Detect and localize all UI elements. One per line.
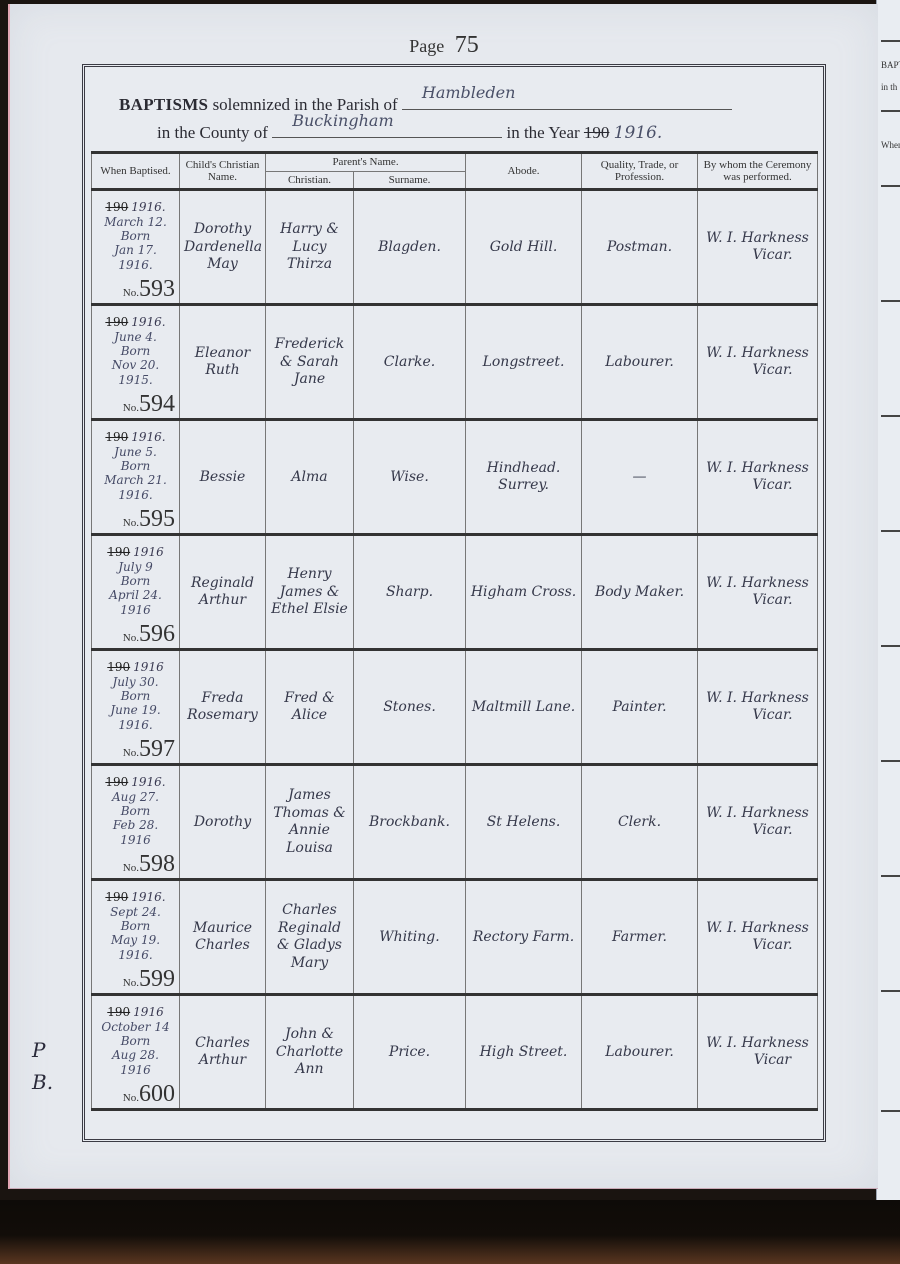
register-title: BAPTISMS solemnized in the Parish of Ham… (85, 67, 823, 153)
entry-parents: John & Charlotte Ann (270, 1026, 349, 1079)
facing-page-edge: BAPTISMS in th When Baptised. (876, 0, 900, 1200)
margin-note-line: B. (32, 1066, 53, 1098)
cell-officiant: W. I. HarknessVicar. (698, 305, 818, 420)
entry-officiant: W. I. Harkness (702, 1035, 813, 1053)
cell-when: 1901916. Sept 24. Born May 19. 1916. No.… (92, 880, 180, 995)
entry-year-struck: 190 (107, 1005, 130, 1019)
entry-child: Reginald Arthur (184, 575, 261, 610)
title-county-label: in the County of (157, 123, 268, 142)
entry-abode: St Helens. (470, 814, 577, 832)
cell-when: 1901916. June 4. Born Nov 20. 1915. No.5… (92, 305, 180, 420)
entry-quality: Labourer. (586, 1044, 693, 1062)
cell-parent-christian: Henry James & Ethel Elsie (266, 535, 354, 650)
entry-no-label: No. (123, 977, 139, 989)
entry-year-struck: 190 (105, 200, 128, 214)
table-row: 1901916. Sept 24. Born May 19. 1916. No.… (92, 880, 818, 995)
margin-note: P B. (32, 1034, 53, 1098)
entry-year: 1916. (131, 775, 165, 789)
entry-baptised: March 12. (96, 215, 175, 229)
cell-abode: Rectory Farm. (466, 880, 582, 995)
cell-child: Maurice Charles (180, 880, 266, 995)
entry-officiant-title: Vicar. (702, 477, 813, 495)
entry-abode: Hindhead. Surrey. (470, 460, 577, 495)
entry-year-struck: 190 (105, 890, 128, 904)
entry-baptised: October 14 (96, 1020, 175, 1034)
entry-officiant-title: Vicar. (702, 937, 813, 955)
facing-page-col-when: When Baptised. (881, 140, 900, 150)
entry-year: 1916 (133, 545, 164, 559)
col-parent-christian: Christian. (266, 171, 354, 190)
entry-parents: Henry James & Ethel Elsie (270, 566, 349, 619)
cell-quality: Labourer. (582, 305, 698, 420)
entry-quality: Body Maker. (586, 584, 693, 602)
entry-officiant-title: Vicar. (702, 707, 813, 725)
cell-child: Bessie (180, 420, 266, 535)
entry-no: 595 (139, 506, 175, 532)
entry-surname: Wise. (358, 469, 461, 487)
col-child: Child's Christian Name. (180, 153, 266, 190)
entry-no: 594 (139, 391, 175, 417)
baptism-register: BAPTISMS solemnized in the Parish of Ham… (82, 64, 826, 1142)
cell-when: 1901916. June 5. Born March 21. 1916. No… (92, 420, 180, 535)
cell-when: 1901916 October 14 Born Aug 28. 1916 No.… (92, 995, 180, 1110)
county-field: Buckingham (272, 119, 502, 138)
table-row: 1901916. June 5. Born March 21. 1916. No… (92, 420, 818, 535)
cell-child: Eleanor Ruth (180, 305, 266, 420)
entry-born: Nov 20. 1915. (96, 358, 175, 387)
col-quality: Quality, Trade, or Profession. (582, 153, 698, 190)
cell-parent-christian: Charles Reginald & Gladys Mary (266, 880, 354, 995)
cell-surname: Clarke. (354, 305, 466, 420)
col-parent-surname: Surname. (354, 171, 466, 190)
cell-parent-christian: John & Charlotte Ann (266, 995, 354, 1110)
header-row: When Baptised. Child's Christian Name. P… (92, 153, 818, 172)
cell-officiant: W. I. HarknessVicar (698, 995, 818, 1110)
entry-surname: Sharp. (358, 584, 461, 602)
entry-quality: Labourer. (586, 354, 693, 372)
cell-quality: Postman. (582, 190, 698, 305)
entry-quality: Clerk. (586, 814, 693, 832)
entry-parents: Charles Reginald & Gladys Mary (270, 902, 349, 972)
cell-parent-christian: Alma (266, 420, 354, 535)
cell-parent-christian: Harry & Lucy Thirza (266, 190, 354, 305)
entry-no: 598 (139, 851, 175, 877)
entry-quality: — (586, 469, 693, 487)
entry-abode: Rectory Farm. (470, 929, 577, 947)
entry-no: 596 (139, 621, 175, 647)
table-row: 1901916. Aug 27. Born Feb 28. 1916 No.59… (92, 765, 818, 880)
entry-no-label: No. (123, 517, 139, 529)
entry-born-label: Born (96, 804, 175, 818)
cell-officiant: W. I. HarknessVicar. (698, 650, 818, 765)
register-page: Page 75 P B. BAPTISMS solemnized in the … (8, 4, 878, 1189)
cell-child: Reginald Arthur (180, 535, 266, 650)
entry-baptised: Aug 27. (96, 790, 175, 804)
entry-parents: Alma (270, 469, 349, 487)
entry-baptised: June 5. (96, 445, 175, 459)
cell-quality: Clerk. (582, 765, 698, 880)
year-written: 1916. (614, 123, 663, 143)
entry-abode: Maltmill Lane. (470, 699, 577, 717)
entry-surname: Blagden. (358, 239, 461, 257)
entry-officiant: W. I. Harkness (702, 230, 813, 248)
cell-quality: Painter. (582, 650, 698, 765)
entry-number: No.596 (123, 621, 175, 648)
entry-no: 600 (139, 1081, 175, 1107)
entry-child: Dorothy (184, 814, 261, 832)
entry-year: 1916. (131, 315, 165, 329)
cell-parent-christian: James Thomas & Annie Louisa (266, 765, 354, 880)
entry-quality: Farmer. (586, 929, 693, 947)
entry-surname: Clarke. (358, 354, 461, 372)
entry-parents: Frederick & Sarah Jane (270, 336, 349, 389)
entry-officiant-title: Vicar. (702, 592, 813, 610)
entry-baptised: July 30. (96, 675, 175, 689)
entry-number: No.594 (123, 391, 175, 418)
facing-page-title: BAPTISMS (881, 60, 900, 70)
entry-number: No.597 (123, 736, 175, 763)
cell-surname: Sharp. (354, 535, 466, 650)
cell-parent-christian: Fred & Alice (266, 650, 354, 765)
entry-no: 593 (139, 276, 175, 302)
year-printed-struck: 190 (584, 123, 610, 142)
col-abode: Abode. (466, 153, 582, 190)
entry-baptised: Sept 24. (96, 905, 175, 919)
table-row: 1901916 July 9 Born April 24. 1916 No.59… (92, 535, 818, 650)
county-value: Buckingham (292, 111, 393, 130)
entry-year-struck: 190 (105, 315, 128, 329)
cell-officiant: W. I. HarknessVicar. (698, 765, 818, 880)
cell-abode: St Helens. (466, 765, 582, 880)
title-year-label: in the Year (506, 123, 579, 142)
cell-when: 1901916 July 9 Born April 24. 1916 No.59… (92, 535, 180, 650)
cell-when: 1901916. March 12. Born Jan 17. 1916. No… (92, 190, 180, 305)
entry-born-label: Born (96, 574, 175, 588)
entry-parents: Fred & Alice (270, 690, 349, 725)
facing-page-line2: in th (881, 82, 897, 92)
cell-child: Charles Arthur (180, 995, 266, 1110)
title-line-2: in the County of Buckingham in the Year … (157, 119, 662, 143)
entry-officiant-title: Vicar. (702, 362, 813, 380)
entry-number: No.598 (123, 851, 175, 878)
entry-no-label: No. (123, 1092, 139, 1104)
cell-child: Dorothy Dardenella May (180, 190, 266, 305)
cell-quality: Labourer. (582, 995, 698, 1110)
entry-child: Freda Rosemary (184, 690, 261, 725)
cell-surname: Brockbank. (354, 765, 466, 880)
entry-officiant-title: Vicar. (702, 247, 813, 265)
entry-quality: Painter. (586, 699, 693, 717)
entry-officiant: W. I. Harkness (702, 690, 813, 708)
cell-abode: Gold Hill. (466, 190, 582, 305)
title-line-1: BAPTISMS solemnized in the Parish of Ham… (119, 91, 732, 115)
cell-when: 1901916 July 30. Born June 19. 1916. No.… (92, 650, 180, 765)
table-row: 1901916. June 4. Born Nov 20. 1915. No.5… (92, 305, 818, 420)
entry-abode: Higham Cross. (470, 584, 577, 602)
cell-parent-christian: Frederick & Sarah Jane (266, 305, 354, 420)
entry-child: Eleanor Ruth (184, 345, 261, 380)
cell-abode: Maltmill Lane. (466, 650, 582, 765)
entry-number: No.595 (123, 506, 175, 533)
entry-child: Dorothy Dardenella May (184, 221, 261, 274)
entry-officiant: W. I. Harkness (702, 920, 813, 938)
entry-born-label: Born (96, 229, 175, 243)
entry-year: 1916 (133, 1005, 164, 1019)
cell-officiant: W. I. HarknessVicar. (698, 420, 818, 535)
entry-parents: James Thomas & Annie Louisa (270, 787, 349, 857)
entry-officiant-title: Vicar. (702, 822, 813, 840)
entry-born-label: Born (96, 919, 175, 933)
cell-abode: High Street. (466, 995, 582, 1110)
entry-born: Feb 28. 1916 (96, 818, 175, 847)
table-row: 1901916. March 12. Born Jan 17. 1916. No… (92, 190, 818, 305)
entry-born-label: Born (96, 459, 175, 473)
cell-surname: Stones. (354, 650, 466, 765)
entry-abode: High Street. (470, 1044, 577, 1062)
parish-field: Hambleden (402, 91, 732, 110)
desk-surface (0, 1200, 900, 1264)
entry-born: Aug 28. 1916 (96, 1048, 175, 1077)
entry-no-label: No. (123, 862, 139, 874)
cell-surname: Price. (354, 995, 466, 1110)
entry-born: April 24. 1916 (96, 588, 175, 617)
entry-child: Charles Arthur (184, 1035, 261, 1070)
entry-surname: Whiting. (358, 929, 461, 947)
entry-surname: Stones. (358, 699, 461, 717)
entry-born: June 19. 1916. (96, 703, 175, 732)
cell-quality: — (582, 420, 698, 535)
entry-baptised: June 4. (96, 330, 175, 344)
entry-no: 597 (139, 736, 175, 762)
page-label: Page (409, 36, 444, 56)
entry-year-struck: 190 (107, 660, 130, 674)
cell-abode: Higham Cross. (466, 535, 582, 650)
page-number-value: 75 (455, 32, 479, 58)
cell-abode: Hindhead. Surrey. (466, 420, 582, 535)
cell-quality: Farmer. (582, 880, 698, 995)
register-table: When Baptised. Child's Christian Name. P… (91, 151, 818, 1111)
page-number: Page 75 (10, 32, 878, 59)
entry-born: Jan 17. 1916. (96, 243, 175, 272)
entry-year: 1916 (133, 660, 164, 674)
entry-no-label: No. (123, 287, 139, 299)
cell-surname: Blagden. (354, 190, 466, 305)
entry-parents: Harry & Lucy Thirza (270, 221, 349, 274)
entry-surname: Brockbank. (358, 814, 461, 832)
cell-officiant: W. I. HarknessVicar. (698, 535, 818, 650)
entry-officiant: W. I. Harkness (702, 575, 813, 593)
cell-surname: Wise. (354, 420, 466, 535)
entry-born-label: Born (96, 689, 175, 703)
parish-value: Hambleden (422, 83, 516, 102)
cell-quality: Body Maker. (582, 535, 698, 650)
entry-officiant: W. I. Harkness (702, 805, 813, 823)
cell-child: Freda Rosemary (180, 650, 266, 765)
entry-number: No.600 (123, 1081, 175, 1108)
col-parents: Parent's Name. (266, 153, 466, 172)
table-row: 1901916 July 30. Born June 19. 1916. No.… (92, 650, 818, 765)
col-when: When Baptised. (92, 153, 180, 190)
cell-when: 1901916. Aug 27. Born Feb 28. 1916 No.59… (92, 765, 180, 880)
entry-no: 599 (139, 966, 175, 992)
entry-officiant: W. I. Harkness (702, 460, 813, 478)
entry-born-label: Born (96, 1034, 175, 1048)
entry-abode: Longstreet. (470, 354, 577, 372)
entry-surname: Price. (358, 1044, 461, 1062)
entry-child: Bessie (184, 469, 261, 487)
entry-year: 1916. (131, 200, 165, 214)
entry-number: No.599 (123, 966, 175, 993)
cell-surname: Whiting. (354, 880, 466, 995)
entry-officiant: W. I. Harkness (702, 345, 813, 363)
margin-note-line: P (32, 1034, 53, 1066)
entry-number: No.593 (123, 276, 175, 303)
entry-no-label: No. (123, 402, 139, 414)
title-baptisms: BAPTISMS (119, 95, 208, 114)
table-row: 1901916 October 14 Born Aug 28. 1916 No.… (92, 995, 818, 1110)
entry-year: 1916. (131, 430, 165, 444)
entry-born: May 19. 1916. (96, 933, 175, 962)
entry-no-label: No. (123, 632, 139, 644)
col-officiant: By whom the Ceremony was performed. (698, 153, 818, 190)
entry-year-struck: 190 (105, 775, 128, 789)
cell-abode: Longstreet. (466, 305, 582, 420)
entry-officiant-title: Vicar (702, 1052, 813, 1070)
entry-abode: Gold Hill. (470, 239, 577, 257)
entry-no-label: No. (123, 747, 139, 759)
entry-born-label: Born (96, 344, 175, 358)
entry-child: Maurice Charles (184, 920, 261, 955)
entry-year-struck: 190 (107, 545, 130, 559)
cell-officiant: W. I. HarknessVicar. (698, 190, 818, 305)
entry-quality: Postman. (586, 239, 693, 257)
entry-born: March 21. 1916. (96, 473, 175, 502)
cell-officiant: W. I. HarknessVicar. (698, 880, 818, 995)
entry-year: 1916. (131, 890, 165, 904)
entry-year-struck: 190 (105, 430, 128, 444)
entry-baptised: July 9 (96, 560, 175, 574)
cell-child: Dorothy (180, 765, 266, 880)
